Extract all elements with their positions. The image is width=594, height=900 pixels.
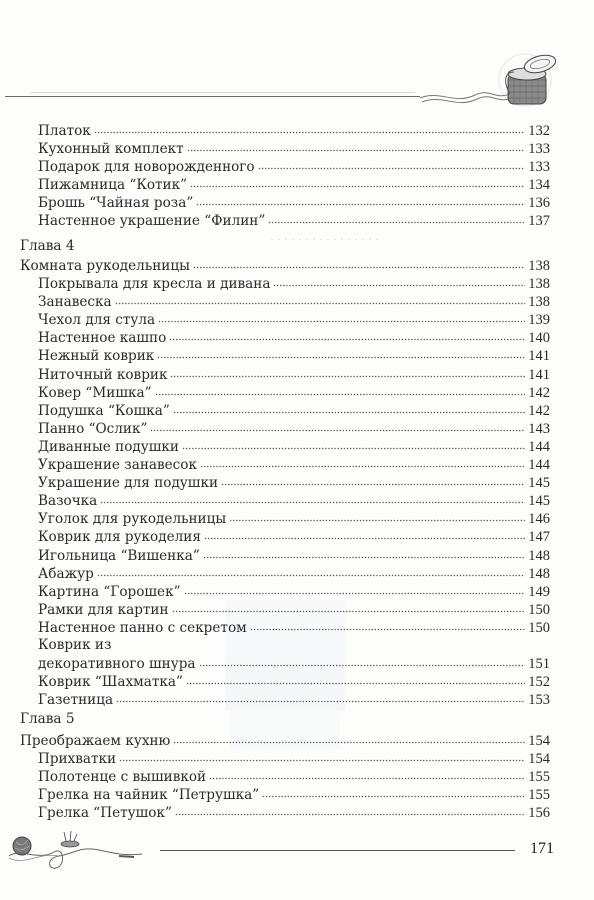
- toc-entry[interactable]: Прихватки154: [38, 749, 550, 767]
- toc-entry-page: 145: [526, 474, 550, 492]
- toc-entry-page: 134: [526, 176, 550, 194]
- toc-entry-title: Подарок для новорожденного: [38, 158, 257, 176]
- dot-leader: [116, 690, 525, 704]
- toc-entry[interactable]: Диванные подушки144: [38, 437, 550, 455]
- toc-entry[interactable]: Ковер “Мишка”142: [38, 383, 550, 401]
- dot-leader: [169, 328, 525, 342]
- dot-leader: [155, 383, 526, 397]
- toc-entry-page: 138: [526, 257, 550, 275]
- toc-entry-page: 137: [526, 212, 550, 230]
- toc-entry[interactable]: Кухонный комплект 133: [38, 139, 550, 157]
- dot-leader: [229, 509, 525, 523]
- toc-entry[interactable]: Ниточный коврик141: [38, 365, 550, 383]
- toc-entry-page: 151: [526, 655, 550, 673]
- dot-leader: [196, 193, 525, 207]
- dot-leader: [173, 401, 525, 415]
- toc-entry-page: 156: [526, 804, 550, 822]
- toc-entry-title: Кухонный комплект: [38, 140, 186, 158]
- toc-entry[interactable]: Газетница153: [38, 690, 550, 708]
- toc-chapter-entry[interactable]: Комната рукодельницы 138: [20, 256, 550, 274]
- chapter-label: Глава 4: [20, 237, 74, 255]
- toc-entry-page: 142: [526, 384, 550, 402]
- toc-entry[interactable]: Грелка “Петушок”156: [38, 803, 550, 821]
- toc-entry-title: Чехол для стула: [38, 311, 157, 329]
- toc-entry[interactable]: Занавеска138: [38, 292, 550, 310]
- toc-entry-title: Грелка на чайник “Петрушка”: [38, 786, 261, 804]
- toc-entry-page: 155: [526, 768, 550, 786]
- dot-leader: [173, 731, 525, 745]
- toc-entry-page: 154: [526, 750, 550, 768]
- toc-entry[interactable]: Нежный коврик141: [38, 346, 550, 364]
- toc-entry-page: 155: [526, 786, 550, 804]
- toc-entry-page: 143: [526, 420, 550, 438]
- header-rule: [5, 96, 420, 97]
- toc-entry-title: Подушка “Кошка”: [38, 402, 172, 420]
- toc-entry[interactable]: Коврик “Шахматка”152: [38, 672, 550, 690]
- sewing-box-with-ribbon-icon: [410, 50, 570, 120]
- toc-entry[interactable]: Украшение занавесок144: [38, 455, 550, 473]
- toc-entry-title-line[interactable]: Коврик из: [38, 636, 550, 654]
- toc-entry-page: 139: [526, 311, 550, 329]
- toc-entry-page: 138: [526, 275, 550, 293]
- toc-entry-page: 141: [526, 347, 550, 365]
- toc-entry-title: Вазочка: [38, 492, 99, 510]
- toc-chapter-entry[interactable]: Преображаем кухню 154: [20, 731, 550, 749]
- toc-entry[interactable]: Игольница “Вишенка”148: [38, 546, 550, 564]
- toc-entry-title: Настенное кашпо: [38, 329, 168, 347]
- toc-entry[interactable]: Абажур148: [38, 564, 550, 582]
- toc-entry-page: 152: [526, 673, 550, 691]
- dot-leader: [150, 419, 525, 433]
- toc-entry-title: Украшение для подушки: [38, 474, 220, 492]
- dot-leader: [119, 749, 525, 763]
- yarn-ball-and-thread-icon: [4, 826, 154, 876]
- toc-entry-page: 144: [526, 456, 550, 474]
- dot-leader: [221, 473, 525, 487]
- toc-entry[interactable]: Подарок для новорожденного 133: [38, 157, 550, 175]
- dot-leader: [184, 582, 526, 596]
- dot-leader: [204, 527, 525, 541]
- toc-entry-page: 136: [526, 194, 550, 212]
- toc-entry-title: Абажур: [38, 565, 96, 583]
- toc-entry-page: 132: [526, 122, 550, 140]
- toc-entry-page: 133: [526, 158, 550, 176]
- dot-leader: [203, 546, 525, 560]
- toc-entry[interactable]: Украшение для подушки145: [38, 473, 550, 491]
- toc-entry-title: Коврик из: [38, 636, 113, 654]
- dot-leader: [175, 803, 525, 817]
- toc-entry-title: Полотенце с вышивкой: [38, 768, 208, 786]
- dot-leader: [115, 292, 526, 306]
- dot-leader: [268, 211, 525, 225]
- toc-entry[interactable]: Картина “Горошек”149: [38, 582, 550, 600]
- toc-entry[interactable]: Уголок для рукодельницы146: [38, 509, 550, 527]
- toc-entry-page: 144: [526, 438, 550, 456]
- toc-chapter-title: Комната рукодельницы: [20, 257, 192, 275]
- toc-entry[interactable]: Пижамница “Котик” 134: [38, 175, 550, 193]
- toc-entry-page: 138: [526, 293, 550, 311]
- toc-entry-page: 141: [526, 366, 550, 384]
- toc-entry-title: Ковер “Мишка”: [38, 384, 154, 402]
- toc-entry-title: Диванные подушки: [38, 438, 181, 456]
- toc-entry-title: Прихватки: [38, 750, 118, 768]
- dot-leader: [190, 175, 525, 189]
- toc-entry-page: 153: [526, 691, 550, 709]
- chapter-label: Глава 5: [20, 710, 74, 728]
- toc-entry[interactable]: Подушка “Кошка”142: [38, 401, 550, 419]
- toc-entry[interactable]: декоративного шнура151: [38, 654, 550, 672]
- toc-entry[interactable]: Настенное панно с секретом150: [38, 618, 550, 636]
- toc-entry-title: Коврик для рукоделия: [38, 528, 203, 546]
- toc-entry-title: Грелка “Петушок”: [38, 804, 174, 822]
- dot-leader: [97, 564, 525, 578]
- toc-entry-page: 148: [526, 547, 550, 565]
- dot-leader: [100, 491, 525, 505]
- toc-entry[interactable]: Полотенце с вышивкой155: [38, 767, 550, 785]
- toc-entry-page: 150: [526, 619, 550, 637]
- dot-leader: [170, 365, 525, 379]
- toc-entry-page: 147: [526, 528, 550, 546]
- toc-entry-page: 146: [526, 510, 550, 528]
- toc-entry[interactable]: Чехол для стула139: [38, 310, 550, 328]
- toc-chapter-title: Преображаем кухню: [20, 732, 172, 750]
- toc-entry[interactable]: Грелка на чайник “Петрушка”155: [38, 785, 550, 803]
- dot-leader: [250, 618, 526, 632]
- dot-leader: [182, 437, 525, 451]
- dot-leader: [258, 157, 526, 171]
- toc-entry-page: 142: [526, 402, 550, 420]
- toc-entry-title: Коврик “Шахматка”: [38, 673, 185, 691]
- dot-leader: [157, 346, 525, 360]
- toc-entry-title: Уголок для рукодельницы: [38, 510, 228, 528]
- dot-leader: [158, 310, 525, 324]
- dot-leader: [199, 654, 526, 668]
- show-through-text: · · · · · · · · · · · · · · · ·: [270, 232, 379, 247]
- toc-entry[interactable]: Рамки для картин150: [38, 600, 550, 618]
- toc-entry-title: Настенное панно с секретом: [38, 619, 249, 637]
- dot-leader: [186, 672, 525, 686]
- toc-entry-title: Рамки для картин: [38, 601, 171, 619]
- toc-entry-title: Картина “Горошек”: [38, 583, 183, 601]
- page-number: 171: [530, 840, 554, 858]
- toc-entry-title: Игольница “Вишенка”: [38, 547, 202, 565]
- toc-entry-page: 148: [526, 565, 550, 583]
- toc-entry-title: Нежный коврик: [38, 347, 156, 365]
- toc-entry-title: Занавеска: [38, 293, 114, 311]
- dot-leader: [172, 600, 526, 614]
- toc-entry-title: Брошь “Чайная роза”: [38, 194, 195, 212]
- book-page: · · · · · · · · · · · · · · · · Платок 1…: [0, 0, 594, 900]
- toc-entry-page: 140: [526, 329, 550, 347]
- toc-entry[interactable]: Брошь “Чайная роза” 136: [38, 193, 550, 211]
- toc-entry[interactable]: Платок 132: [38, 121, 550, 139]
- footer-rule: [160, 850, 515, 851]
- toc-entry-page: 133: [526, 140, 550, 158]
- toc-entry[interactable]: Панно “Ослик”143: [38, 419, 550, 437]
- toc-entry[interactable]: Коврик для рукоделия147: [38, 527, 550, 545]
- toc-entry[interactable]: Настенное украшение “Филин” 137: [38, 211, 550, 229]
- dot-leader: [187, 139, 526, 153]
- toc-entry-title: декоративного шнура: [38, 655, 198, 673]
- dot-leader: [94, 121, 525, 135]
- dot-leader: [273, 274, 525, 288]
- toc-entry-page: 145: [526, 492, 550, 510]
- dot-leader: [200, 455, 525, 469]
- toc-entry-title: Панно “Ослик”: [38, 420, 149, 438]
- toc-entry-page: 150: [526, 601, 550, 619]
- toc-entry-page: 154: [526, 732, 550, 750]
- toc-entry-title: Платок: [38, 122, 93, 140]
- header-rule-shadow: [30, 92, 415, 93]
- toc-entry-title: Настенное украшение “Филин”: [38, 212, 267, 230]
- dot-leader: [262, 785, 525, 799]
- toc-entry-title: Покрывала для кресла и дивана: [38, 275, 272, 293]
- dot-leader: [209, 767, 525, 781]
- toc-entry[interactable]: Вазочка145: [38, 491, 550, 509]
- toc-entry-page: 149: [526, 583, 550, 601]
- toc-entry-title: Пижамница “Котик”: [38, 176, 189, 194]
- toc-entry-title: Газетница: [38, 691, 115, 709]
- toc-entry-title: Ниточный коврик: [38, 366, 169, 384]
- toc-entry[interactable]: Настенное кашпо140: [38, 328, 550, 346]
- toc-entry[interactable]: Покрывала для кресла и дивана138: [38, 274, 550, 292]
- dot-leader: [193, 256, 525, 270]
- toc-entry-title: Украшение занавесок: [38, 456, 199, 474]
